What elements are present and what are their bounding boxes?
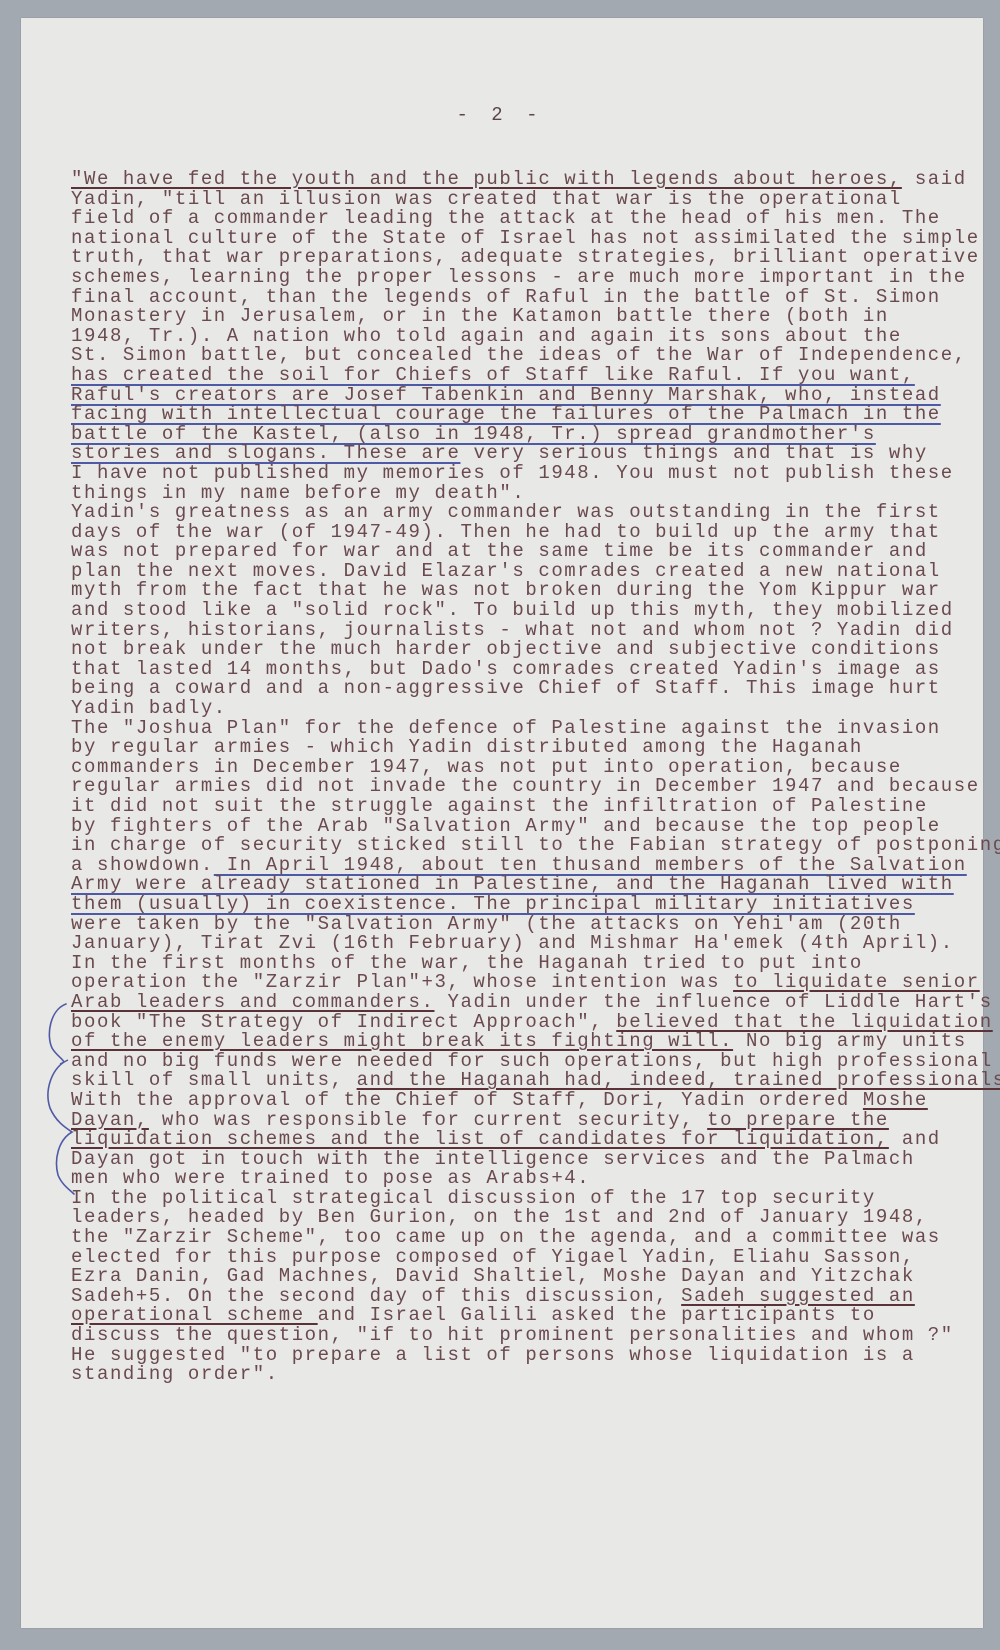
text-line: standing order". — [71, 1365, 971, 1385]
typewritten-body: "We have fed the youth and the public wi… — [71, 170, 971, 1385]
page-number: - 2 - — [0, 104, 1000, 126]
text-segment: standing order". — [71, 1363, 279, 1385]
text-segment: said — [902, 168, 967, 190]
